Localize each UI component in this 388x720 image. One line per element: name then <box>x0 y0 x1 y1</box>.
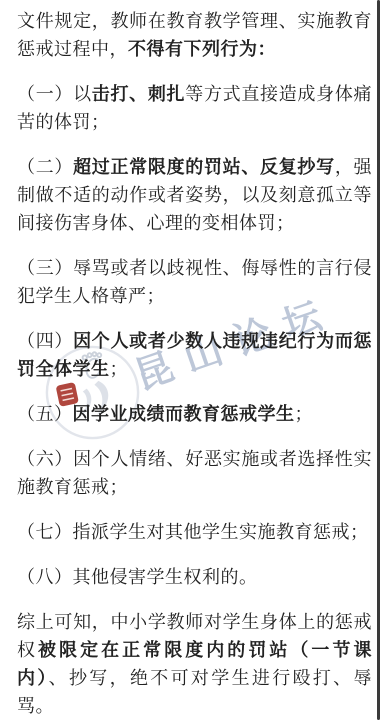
bold-text-segment: 因学业成绩而教育惩戒学生 <box>73 404 295 424</box>
paragraph: （六）因个人情绪、好恶实施或者选择性实施教育惩戒； <box>17 445 372 501</box>
article-body: 文件规定，教师在教育教学管理、实施教育惩戒过程中，不得有下列行为：（一）以击打、… <box>17 0 372 720</box>
text-segment: 、抄写，绝不可对学生进行殴打、辱骂。 <box>17 668 372 716</box>
paragraph: 综上可知，中小学教师对学生身体上的惩戒权被限定在正常限度内的罚站（一节课内）、抄… <box>17 608 372 720</box>
text-segment: （七）指派学生对其他学生实施教育惩戒； <box>17 522 369 542</box>
bold-text-segment: 超过正常限度的罚站、反复抄写 <box>73 157 335 177</box>
paragraph: （四）因个人或者少数人违规违纪行为而惩罚全体学生； <box>17 327 372 383</box>
text-segment: （六）因个人情绪、好恶实施或者选择性实施教育惩戒； <box>17 449 372 497</box>
paragraph: （八）其他侵害学生权利的。 <box>17 563 372 591</box>
text-segment: （五） <box>17 404 73 424</box>
bold-text-segment: 不得有下列行为： <box>128 39 276 59</box>
text-segment: （八）其他侵害学生权利的。 <box>17 567 258 587</box>
text-segment: （四） <box>17 331 73 351</box>
paragraph: （三）辱骂或者以歧视性、侮辱性的言行侵犯学生人格尊严； <box>17 254 372 310</box>
paragraph: （五）因学业成绩而教育惩戒学生； <box>17 400 372 428</box>
text-segment: （一）以 <box>17 84 92 104</box>
text-segment: （三）辱骂或者以歧视性、侮辱性的言行侵犯学生人格尊严； <box>17 258 372 306</box>
text-segment: ； <box>110 359 129 379</box>
scrollbar[interactable] <box>377 0 380 720</box>
text-segment: ； <box>295 404 314 424</box>
paragraph: （七）指派学生对其他学生实施教育惩戒； <box>17 518 372 546</box>
bold-text-segment: 击打、刺扎 <box>92 84 185 104</box>
paragraph: （一）以击打、刺扎等方式直接造成身体痛苦的体罚； <box>17 80 372 136</box>
paragraph: 文件规定，教师在教育教学管理、实施教育惩戒过程中，不得有下列行为： <box>17 7 372 63</box>
paragraph: （二）超过正常限度的罚站、反复抄写，强制做不适的动作或者姿势，以及刻意孤立等间接… <box>17 153 372 237</box>
text-segment: （二） <box>17 157 73 177</box>
